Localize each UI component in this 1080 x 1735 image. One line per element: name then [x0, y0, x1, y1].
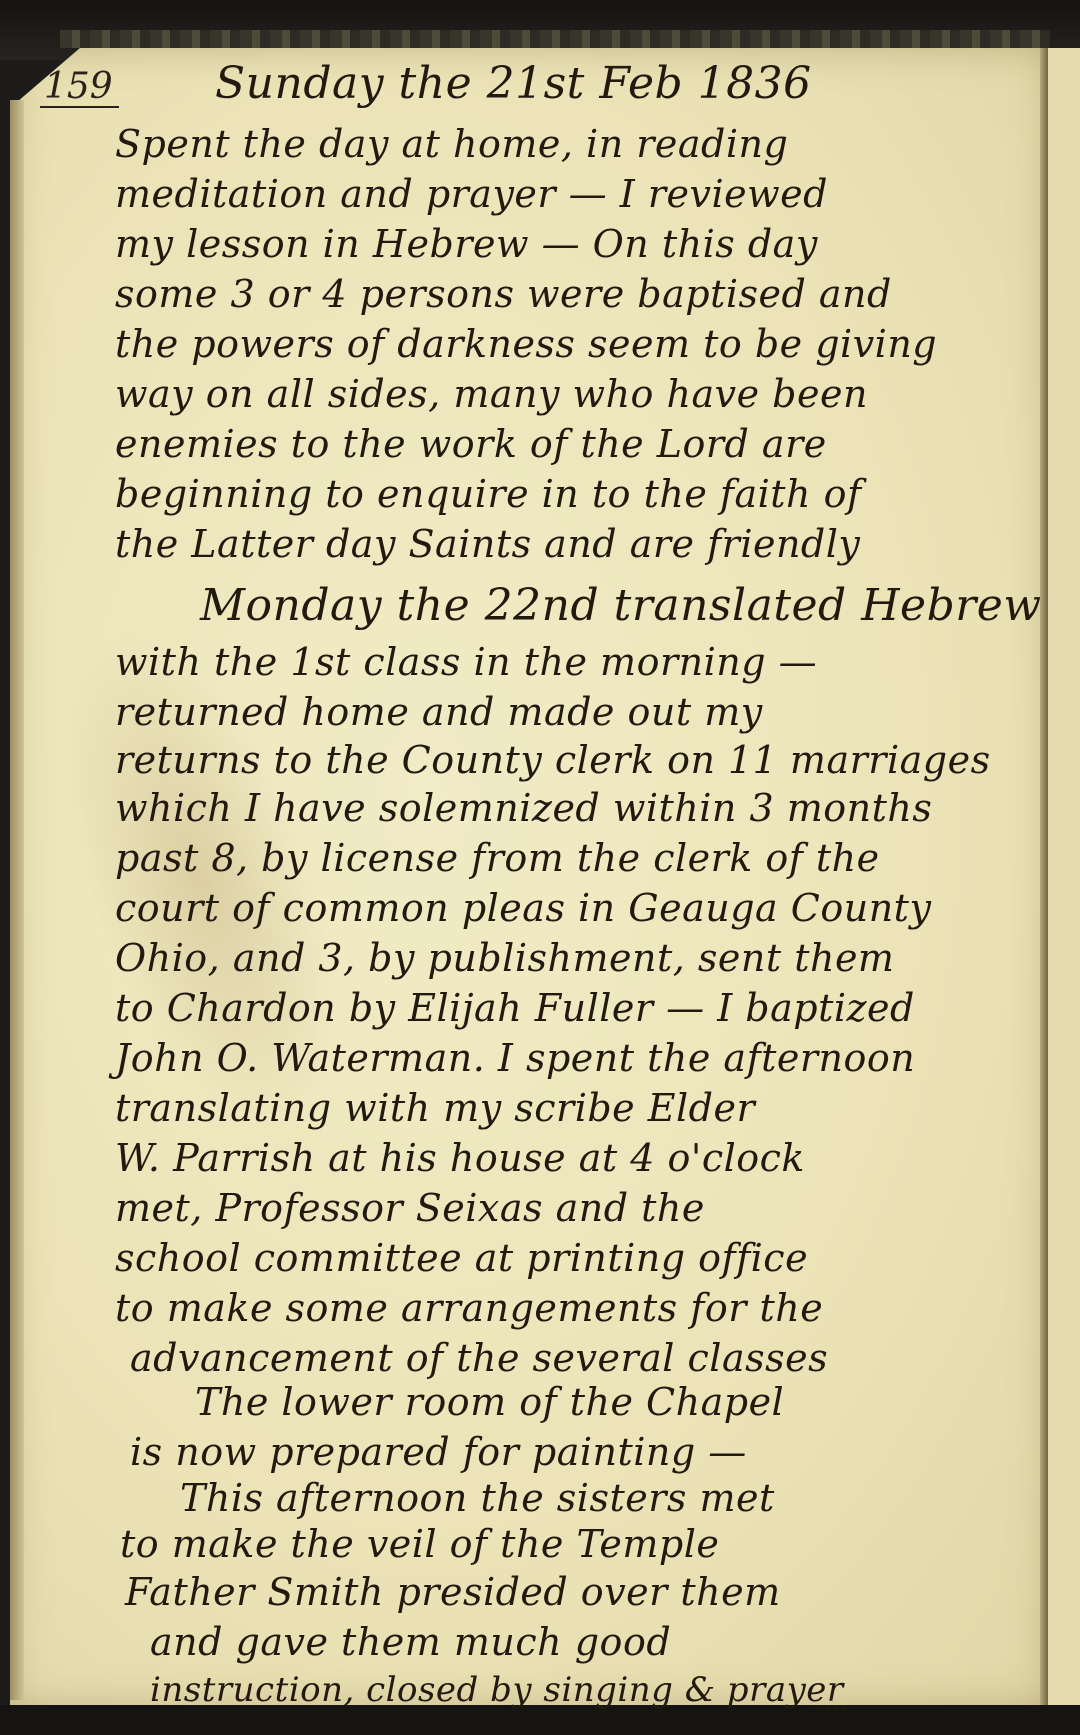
text-line: my lesson in Hebrew — On this day — [115, 222, 1035, 266]
text-line: W. Parrish at his house at 4 o'clock — [115, 1136, 1035, 1180]
text-line: some 3 or 4 persons were baptised and — [115, 272, 1035, 316]
text-line: past 8, by license from the clerk of the — [115, 836, 1035, 880]
ellipsis-mark: .... — [815, 1690, 1080, 1714]
page-number: 159 — [40, 68, 119, 108]
text-line: to Chardon by Elijah Fuller — I baptized — [115, 986, 1035, 1030]
text-line: Spent the day at home, in reading — [115, 122, 1035, 166]
text-line: translating with my scribe Elder — [115, 1086, 1035, 1130]
text-line: is now prepared for painting — — [130, 1430, 1050, 1474]
text-line: the Latter day Saints and are friendly — [115, 522, 1035, 566]
text-line: returned home and made out my — [115, 690, 1035, 734]
text-line: met, Professor Seixas and the — [115, 1186, 1035, 1230]
page-stack-edge — [10, 100, 24, 1700]
text-line: and gave them much good — [150, 1620, 1070, 1664]
text-line: John O. Waterman. I spent the afternoon — [115, 1036, 1035, 1080]
entry-heading-monday: Monday the 22nd translated Hebrew — [200, 584, 1080, 628]
marbled-page-edge — [60, 30, 1050, 48]
text-line: returns to the County clerk on 11 marria… — [115, 738, 1035, 782]
text-line: the powers of darkness seem to be giving — [115, 322, 1035, 366]
text-line: The lower room of the Chapel — [195, 1380, 1080, 1424]
text-line: advancement of the several classes — [130, 1336, 1050, 1380]
text-line: enemies to the work of the Lord are — [115, 422, 1035, 466]
text-line: meditation and prayer — I reviewed — [115, 172, 1035, 216]
entry-heading-sunday: Sunday the 21st Feb 1836 — [215, 62, 1080, 106]
text-line: way on all sides, many who have been — [115, 372, 1035, 416]
text-line: This afternoon the sisters met — [180, 1476, 1080, 1520]
text-line: with the 1st class in the morning — — [115, 640, 1035, 684]
text-line: to make some arrangements for the — [115, 1286, 1035, 1330]
facing-page-edge — [1048, 48, 1080, 1708]
text-line: school committee at printing office — [115, 1236, 1035, 1280]
text-line: to make the veil of the Temple — [120, 1522, 1040, 1566]
text-line: which I have solemnized within 3 months — [115, 786, 1035, 830]
text-line: Ohio, and 3, by publishment, sent them — [115, 936, 1035, 980]
text-line: Father Smith presided over them — [125, 1570, 1045, 1614]
text-line: court of common pleas in Geauga County — [115, 886, 1035, 930]
text-line: beginning to enquire in to the faith of — [115, 472, 1035, 516]
